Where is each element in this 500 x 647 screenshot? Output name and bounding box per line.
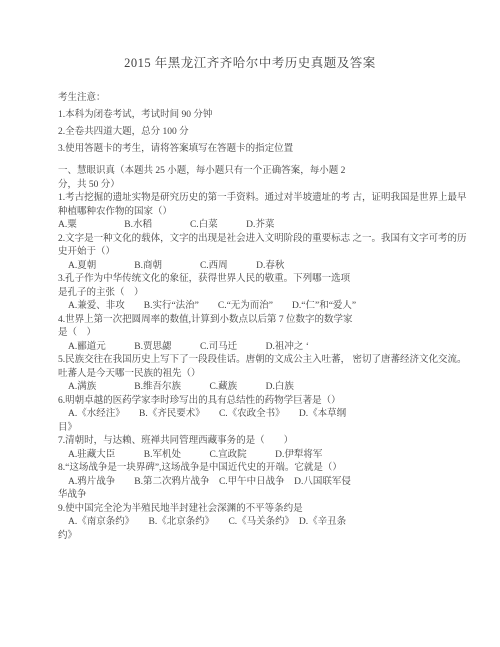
question-1: 1.考古挖掘的遗址实物是研究历史的第一手资料。通过对半坡遗址的考 古，证明我国是… — [58, 192, 462, 233]
section-heading-line: 一、慧眼识真（本题共 25 小题，每小题只有一个正确答案，每小题 2 — [58, 165, 462, 179]
question-options-continuation: 约》 — [58, 530, 462, 544]
question-2: 2.文字是一种文化的载体，文字的出现是社会进入文明阶段的重要标志 之一。我国有文… — [58, 233, 462, 274]
question-options: A.《水经注》 B.《齐民要术》 C.《农政全书》 D.《本草纲 — [58, 408, 462, 422]
question-stem: 种植哪种农作物的国家（） — [58, 206, 462, 220]
question-5: 5.民族交往在我国历史上写下了一段段佳话。唐朝的文成公主入吐蕃， 密切了唐蕃经济… — [58, 354, 462, 395]
notice-item: 2.全卷共四道大题，总分 100 分 — [58, 124, 462, 141]
question-4: 4.世界上第一次把圆周率的数值,计算到小数点以后第 7 位数字的数学家 是（ ）… — [58, 314, 462, 355]
question-8: 8.“这场战争是一块界碑”,这场战争是中国近代史的开端。它就是（） A.鸦片战争… — [58, 462, 462, 503]
question-stem: 是（ ） — [58, 327, 462, 341]
question-stem: 1.考古挖掘的遗址实物是研究历史的第一手资料。通过对半坡遗址的考 古，证明我国是… — [58, 192, 462, 206]
question-options: A.兼爱、非攻 B.实行“法治” C.“无为而治” D.“仁”和“爱人” — [58, 300, 462, 314]
exam-paper-page: 2015 年黑龙江齐齐哈尔中考历史真题及答案 考生注意： 1.本科为闭卷考试，考… — [0, 0, 500, 647]
document-body: 考生注意： 1.本科为闭卷考试，考试时间 90 分钟 2.全卷共四道大题，总分 … — [58, 90, 462, 543]
question-options: A.驻藏大臣 B.军机处 C.宣政院 D.伊犁将军 — [58, 449, 462, 463]
question-stem: 4.世界上第一次把圆周率的数值,计算到小数点以后第 7 位数字的数学家 — [58, 314, 462, 328]
question-stem: 6.明朝卓越的医药学家李时珍写出的具有总结性的药物学巨著是（） — [58, 395, 462, 409]
question-options: A.粟 B.水稻 C.白菜 D.芥菜 — [58, 219, 462, 233]
question-stem: 9.使中国完全沦为半殖民地半封建社会深渊的不平等条约是 — [58, 503, 462, 517]
question-stem: 吐蕃人是今天哪一民族的祖先（） — [58, 368, 462, 382]
section-one-heading: 一、慧眼识真（本题共 25 小题，每小题只有一个正确答案，每小题 2 分，共 5… — [58, 165, 462, 192]
notice-item: 3.使用答题卡的考生，请将答案填写在答题卡的指定位置 — [58, 141, 462, 158]
notice-item: 1.本科为闭卷考试，考试时间 90 分钟 — [58, 107, 462, 124]
question-options: A.郦道元 B.贾思勰 C.司马迁 D.祖冲之 ‘ — [58, 341, 462, 355]
question-7: 7.清朝时，与达赖、班禅共同管理西藏事务的是（ ） A.驻藏大臣 B.军机处 C… — [58, 435, 462, 462]
question-options-continuation: 目》 — [58, 422, 462, 436]
question-options: A.《南京条约》 B.《北京条约》 C.《马关条约》 D.《辛丑条 — [58, 516, 462, 530]
question-stem: 5.民族交往在我国历史上写下了一段段佳话。唐朝的文成公主入吐蕃， 密切了唐蕃经济… — [58, 354, 462, 368]
question-9: 9.使中国完全沦为半殖民地半封建社会深渊的不平等条约是 A.《南京条约》 B.《… — [58, 503, 462, 544]
question-stem: 8.“这场战争是一块界碑”,这场战争是中国近代史的开端。它就是（） — [58, 462, 462, 476]
question-3: 3.孔子作为中华传统文化的象征，获得世界人民的敬重。下列哪一选项 是孔子的主张（… — [58, 273, 462, 314]
question-options: A.满族 B.维吾尔族 C.藏族 D.白族 — [58, 381, 462, 395]
question-stem: 3.孔子作为中华传统文化的象征，获得世界人民的敬重。下列哪一选项 — [58, 273, 462, 287]
question-stem: 2.文字是一种文化的载体，文字的出现是社会进入文明阶段的重要标志 之一。我国有文… — [58, 233, 462, 247]
question-options: A.夏朝 B.商朝 C.西周 D.春秋 — [58, 260, 462, 274]
question-options: A.鸦片战争 B.第二次鸦片战争 C.甲午中日战争 D.八国联军侵 — [58, 476, 462, 490]
section-heading-line: 分，共 50 分） — [58, 179, 462, 193]
question-6: 6.明朝卓越的医药学家李时珍写出的具有总结性的药物学巨著是（） A.《水经注》 … — [58, 395, 462, 436]
question-options-continuation: 华战争 — [58, 489, 462, 503]
question-stem: 是孔子的主张（ ） — [58, 287, 462, 301]
candidate-notice-block: 考生注意： 1.本科为闭卷考试，考试时间 90 分钟 2.全卷共四道大题，总分 … — [58, 90, 462, 158]
question-stem: 史开始于（） — [58, 246, 462, 260]
notice-heading: 考生注意： — [58, 90, 462, 107]
question-stem: 7.清朝时，与达赖、班禅共同管理西藏事务的是（ ） — [58, 435, 462, 449]
page-title: 2015 年黑龙江齐齐哈尔中考历史真题及答案 — [0, 0, 500, 71]
